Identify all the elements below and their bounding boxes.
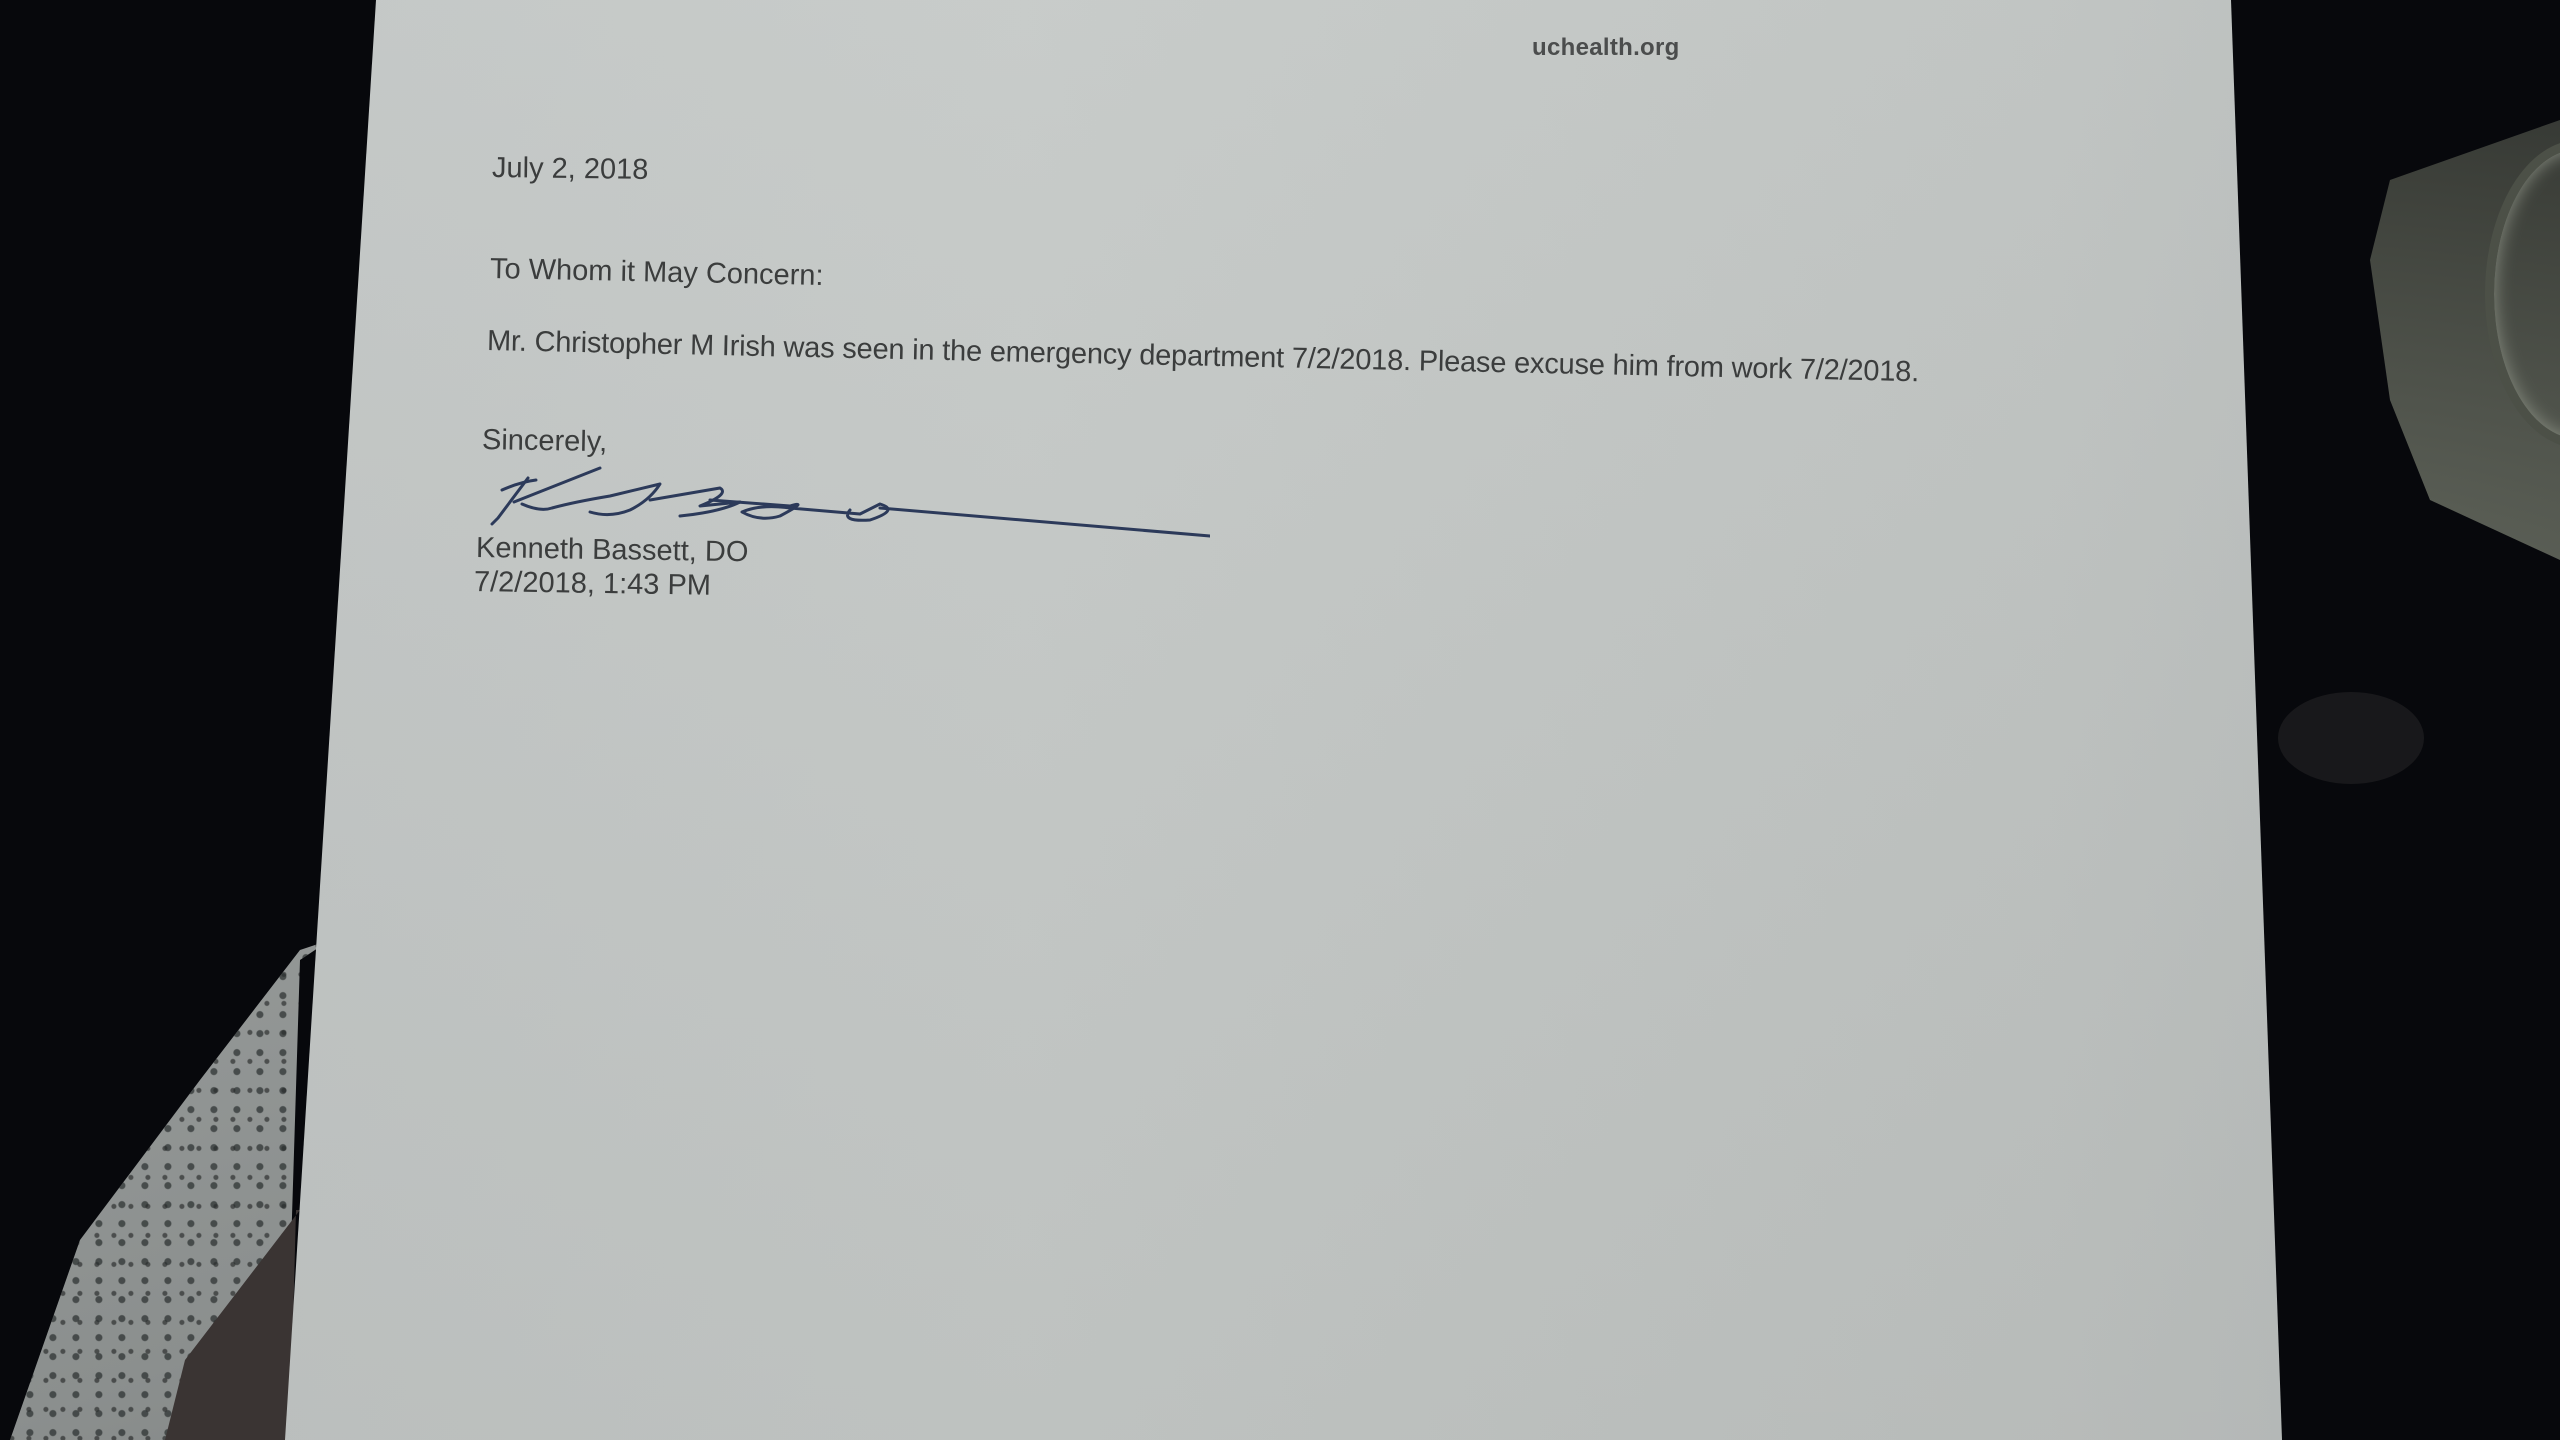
letter-greeting: To Whom it May Concern: [490,253,824,293]
signed-timestamp: 7/2/2018, 1:43 PM [474,566,711,603]
letter-date: July 2, 2018 [492,152,649,187]
background-knob [2278,692,2424,784]
signer-name: Kenneth Bassett, DO [476,532,749,569]
header-website: uchealth.org [1532,34,1680,62]
letter-paper [0,0,2560,1440]
letter-closing: Sincerely, [482,424,608,459]
